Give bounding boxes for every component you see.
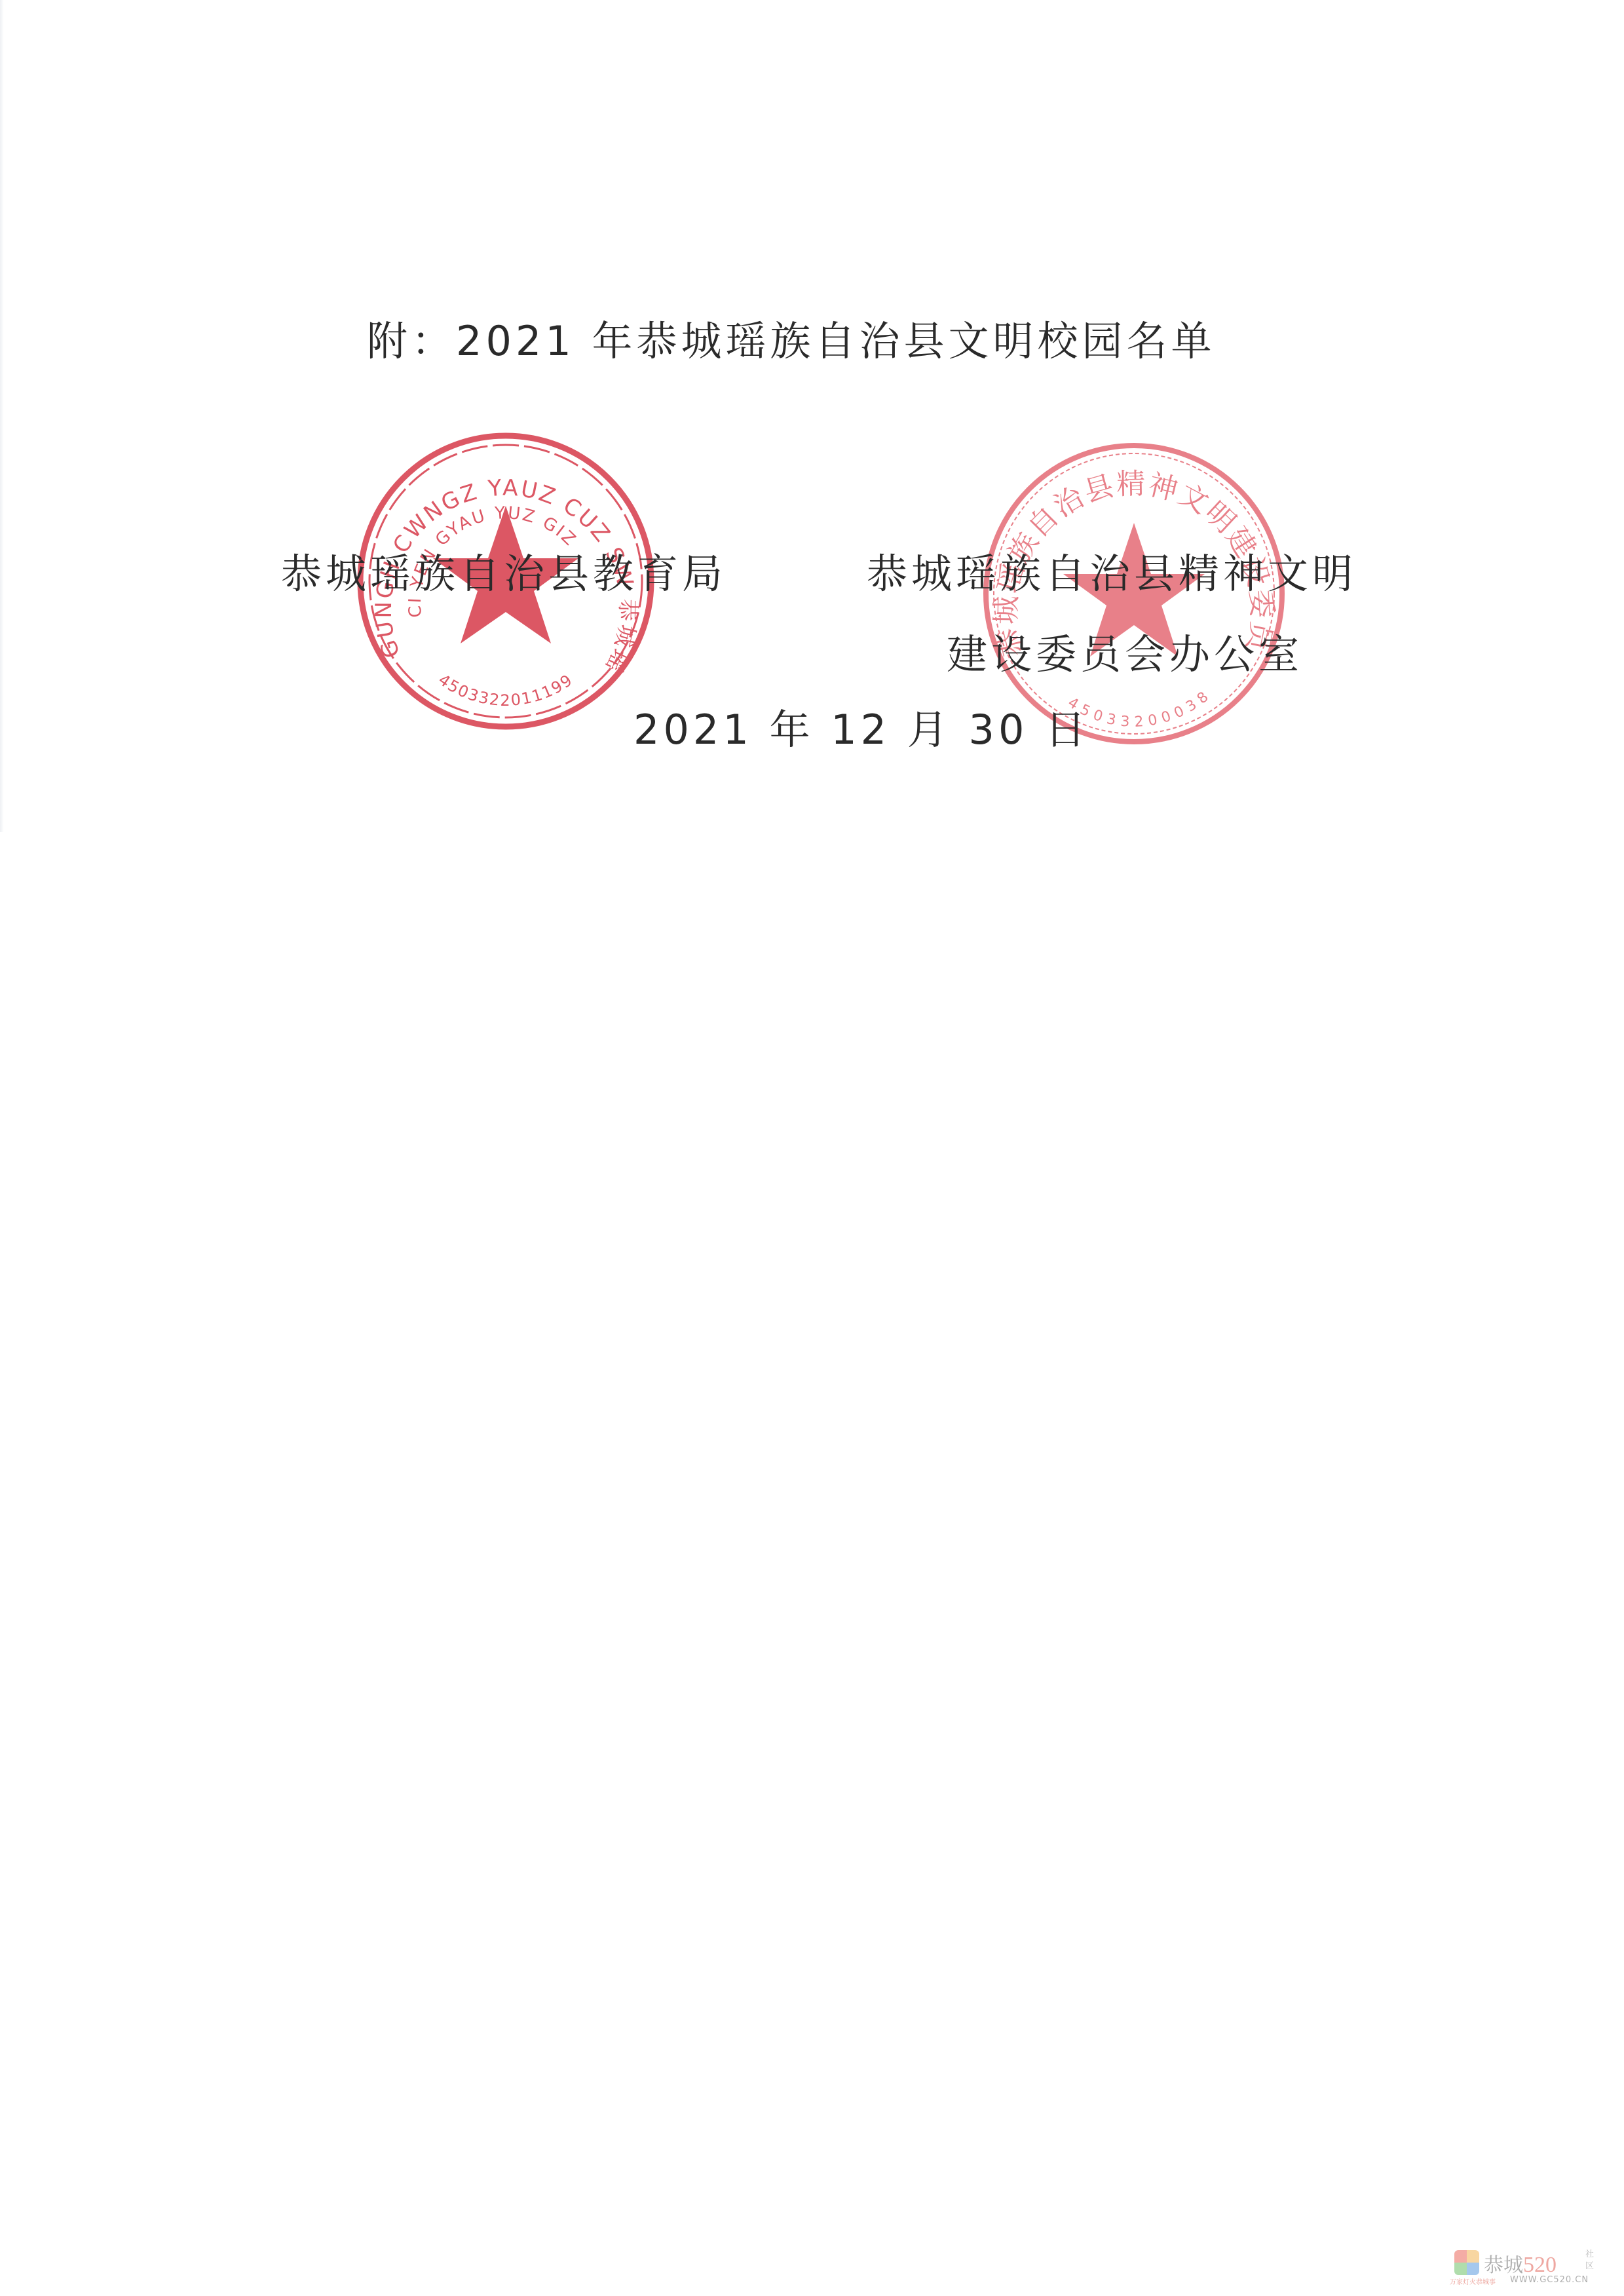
gc520-logo-icon [1454,2250,1479,2275]
signature-education-bureau: 恭城瑶族自治县教育局 [281,554,727,594]
attachment-title: 附：2021 年恭城瑶族自治县文明校园名单 [367,321,1216,362]
svg-text:4503322011199: 4503322011199 [435,670,576,710]
watermark-brand: 恭城520 [1484,2249,1557,2278]
signature-civilization-committee-line1: 恭城瑶族自治县精神文明 [867,554,1357,594]
watermark-slogan: 万家灯火恭城事 [1450,2276,1496,2286]
signature-civilization-committee-line2: 建设委员会办公室 [947,634,1303,675]
stamp-number: 4503322011199 [435,670,576,710]
watermark-url: WWW.GC520.CN [1510,2275,1589,2285]
issue-date: 2021 年 12 月 30 日 [633,710,1089,750]
site-watermark: 恭城520 社区 万家灯火恭城事 WWW.GC520.CN [1445,2246,1615,2289]
watermark-suffix: 社区 [1585,2249,1596,2272]
scan-edge-shadow [0,0,4,832]
